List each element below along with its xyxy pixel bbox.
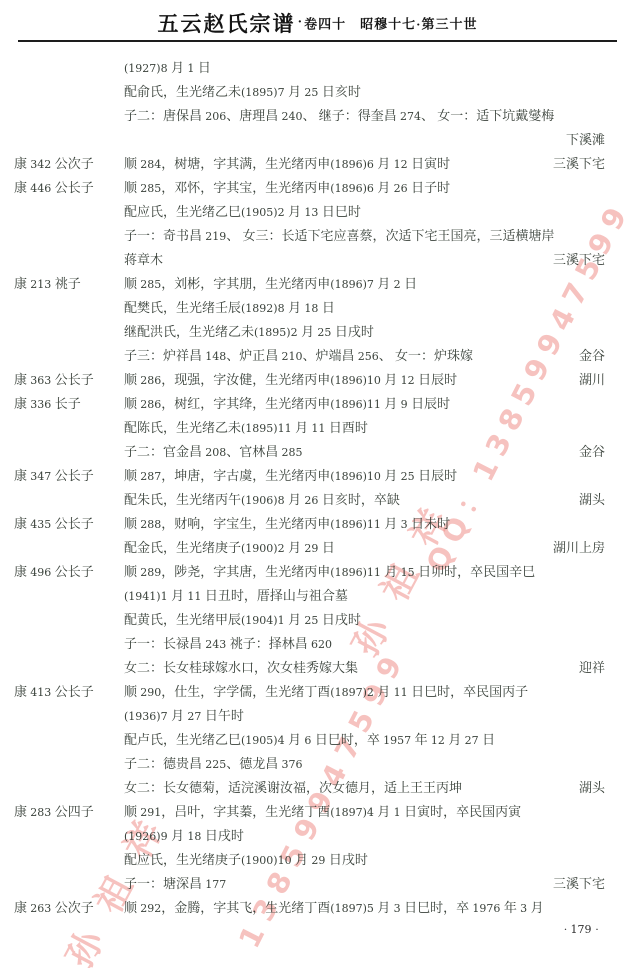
title-separator-dot: · (295, 15, 304, 30)
genealogy-rows: (1927)8 月 1 日配俞氏，生光绪乙未(1895)7 月 25 日亥时子二… (0, 56, 635, 920)
residence-label: 湖川上房 (553, 536, 605, 560)
residence-label: 三溪下宅 (553, 872, 605, 896)
entry-row: 配应氏，生光绪庚子(1900)10 月 29 日戌时 (0, 848, 635, 872)
entry-row: 配俞氏，生光绪乙未(1895)7 月 25 日亥时 (0, 80, 635, 104)
residence-label: 金谷 (579, 344, 605, 368)
entry-text: 配应氏，生光绪乙巳(1905)2 月 13 日巳时 (124, 200, 361, 225)
entry-text: 顺 285，邓怀，字其宝，生光绪丙申(1896)6 月 26 日子时 (124, 176, 450, 201)
entry-row: (1936)7 月 27 日午时 (0, 704, 635, 728)
entry-text: 顺 290，仕生，字学儒，生光绪丁酉(1897)2 月 11 日巳时，卒民国丙子 (124, 680, 528, 705)
entry-label: 康 435 公长子 (14, 512, 94, 537)
entry-text: 顺 292，金腾，字其飞，生光绪丁酉(1897)5 月 3 日巳时，卒 1976… (124, 896, 544, 921)
entry-row: 配金氏，生光绪庚子(1900)2 月 29 日湖川上房 (0, 536, 635, 560)
entry-text: 顺 284，树塘，字其满，生光绪丙申(1896)6 月 12 日寅时 (124, 152, 450, 177)
page-number: · 179 · (564, 922, 600, 937)
entry-text: 配樊氏，生光绪壬辰(1892)8 月 18 日 (124, 296, 335, 321)
entry-text: 女二：长女桂球嫁水口，次女桂秀嫁大集 (124, 656, 358, 680)
entry-text: 子一：塘深昌 177 (124, 872, 226, 897)
residence-label: 下溪滩 (566, 128, 605, 152)
entry-text: 子二：德贵昌 225、德龙昌 376 (124, 752, 303, 777)
residence-label: 迎祥 (579, 656, 605, 680)
entry-text: 顺 286，树红，字其绛，生光绪丙申(1896)11 月 9 日辰时 (124, 392, 450, 417)
entry-row: 康 413 公长子顺 290，仕生，字学儒，生光绪丁酉(1897)2 月 11 … (0, 680, 635, 704)
entry-text: 顺 287，坤唐，字古虞，生光绪丙申(1896)10 月 25 日辰时 (124, 464, 457, 489)
entry-text: 顺 288，财响，字宝生，生光绪丙申(1896)11 月 3 日未时 (124, 512, 450, 537)
entry-row: 康 336 长子顺 286，树红，字其绛，生光绪丙申(1896)11 月 9 日… (0, 392, 635, 416)
entry-label: 康 336 长子 (14, 392, 81, 417)
residence-label: 三溪下宅 (553, 248, 605, 272)
entry-row: 配卢氏，生光绪乙巳(1905)4 月 6 日巳时，卒 1957 年 12 月 2… (0, 728, 635, 752)
entry-row: 子一：长禄昌 243 祧子：择林昌 620 (0, 632, 635, 656)
entry-text: 顺 286，现强，字汝健，生光绪丙申(1896)10 月 12 日辰时 (124, 368, 457, 393)
entry-text: 配卢氏，生光绪乙巳(1905)4 月 6 日巳时，卒 1957 年 12 月 2… (124, 728, 495, 753)
residence-label: 湖头 (579, 488, 605, 512)
entry-row: 继配洪氏，生光绪乙未(1895)2 月 25 日戌时 (0, 320, 635, 344)
entry-text: 配应氏，生光绪庚子(1900)10 月 29 日戌时 (124, 848, 368, 873)
entry-text: 蒋章木 (124, 248, 163, 272)
entry-row: 子二：官金昌 208、官林昌 285金谷 (0, 440, 635, 464)
entry-row: 配朱氏，生光绪丙午(1906)8 月 26 日亥时，卒缺湖头 (0, 488, 635, 512)
entry-text: (1927)8 月 1 日 (124, 56, 211, 81)
entry-text: 子二：唐保昌 206、唐理昌 240、 继子：得奎昌 274、 女一：适下坑戴燮… (124, 104, 554, 129)
entry-row: 子二：德贵昌 225、德龙昌 376 (0, 752, 635, 776)
entry-text: 继配洪氏，生光绪乙未(1895)2 月 25 日戌时 (124, 320, 374, 345)
entry-text: (1936)7 月 27 日午时 (124, 704, 244, 729)
entry-row: 康 496 公长子顺 289，陟尧，字其唐，生光绪丙申(1896)11 月 15… (0, 560, 635, 584)
entry-label: 康 347 公长子 (14, 464, 94, 489)
entry-text: 配朱氏，生光绪丙午(1906)8 月 26 日亥时，卒缺 (124, 488, 400, 513)
entry-row: (1926)9 月 18 日戌时 (0, 824, 635, 848)
entry-text: 配俞氏，生光绪乙未(1895)7 月 25 日亥时 (124, 80, 361, 105)
entry-row: 下溪滩 (0, 128, 635, 152)
entry-row: 配樊氏，生光绪壬辰(1892)8 月 18 日 (0, 296, 635, 320)
entry-row: 子三：炉祥昌 148、炉正昌 210、炉端昌 256、 女一：炉珠嫁金谷 (0, 344, 635, 368)
entry-text: 子一：长禄昌 243 祧子：择林昌 620 (124, 632, 332, 657)
entry-text: 顺 291，吕叶，字其蓁，生光绪丁酉(1897)4 月 1 日寅时，卒民国丙寅 (124, 800, 521, 825)
entry-row: 蒋章木三溪下宅 (0, 248, 635, 272)
entry-row: 康 342 公次子顺 284，树塘，字其满，生光绪丙申(1896)6 月 12 … (0, 152, 635, 176)
entry-row: 子一：塘深昌 177三溪下宅 (0, 872, 635, 896)
entry-row: (1941)1 月 11 日丑时，厝择山与祖合墓 (0, 584, 635, 608)
volume-subtitle: 卷四十 昭穆十七·第三十世 (304, 17, 477, 32)
entry-label: 康 342 公次子 (14, 152, 94, 177)
entry-row: 子一：奇书昌 219、 女三：长适下宅应喜蔡，次适下宅王国亮，三适横塘岸 (0, 224, 635, 248)
entry-row: 康 446 公长子顺 285，邓怀，字其宝，生光绪丙申(1896)6 月 26 … (0, 176, 635, 200)
entry-text: 子三：炉祥昌 148、炉正昌 210、炉端昌 256、 女一：炉珠嫁 (124, 344, 473, 369)
page-header: 五云赵氏宗谱·卷四十 昭穆十七·第三十世 (0, 8, 635, 38)
entry-text: 配金氏，生光绪庚子(1900)2 月 29 日 (124, 536, 335, 561)
entry-row: 康 263 公次子顺 292，金腾，字其飞，生光绪丁酉(1897)5 月 3 日… (0, 896, 635, 920)
residence-label: 三溪下宅 (553, 152, 605, 176)
entry-label: 康 413 公长子 (14, 680, 94, 705)
entry-text: 顺 289，陟尧，字其唐，生光绪丙申(1896)11 月 15 日卯时，卒民国辛… (124, 560, 535, 585)
entry-label: 康 283 公四子 (14, 800, 94, 825)
residence-label: 湖川 (579, 368, 605, 392)
entry-row: 女二：长女桂球嫁水口，次女桂秀嫁大集迎祥 (0, 656, 635, 680)
entry-label: 康 363 公长子 (14, 368, 94, 393)
residence-label: 金谷 (579, 440, 605, 464)
entry-text: 顺 285，刘彬，字其朋，生光绪丙申(1896)7 月 2 日 (124, 272, 417, 297)
entry-row: 子二：唐保昌 206、唐理昌 240、 继子：得奎昌 274、 女一：适下坑戴燮… (0, 104, 635, 128)
entry-row: (1927)8 月 1 日 (0, 56, 635, 80)
entry-text: 配陈氏，生光绪乙未(1895)11 月 11 日酉时 (124, 416, 368, 441)
entry-row: 女二：长女德菊，适浣溪谢汝福，次女德月，适上王王丙坤湖头 (0, 776, 635, 800)
entry-row: 康 435 公长子顺 288，财响，字宝生，生光绪丙申(1896)11 月 3 … (0, 512, 635, 536)
entry-text: 子一：奇书昌 219、 女三：长适下宅应喜蔡，次适下宅王国亮，三适横塘岸 (124, 224, 555, 249)
entry-row: 康 363 公长子顺 286，现强，字汝健，生光绪丙申(1896)10 月 12… (0, 368, 635, 392)
entry-text: 配黄氏，生光绪甲辰(1904)1 月 25 日戌时 (124, 608, 361, 633)
entry-row: 康 213 祧子顺 285，刘彬，字其朋，生光绪丙申(1896)7 月 2 日 (0, 272, 635, 296)
header-rule (18, 40, 617, 42)
entry-label: 康 496 公长子 (14, 560, 94, 585)
entry-text: (1926)9 月 18 日戌时 (124, 824, 244, 849)
entry-text: (1941)1 月 11 日丑时，厝择山与祖合墓 (124, 584, 348, 609)
entry-row: 配应氏，生光绪乙巳(1905)2 月 13 日巳时 (0, 200, 635, 224)
entry-row: 配黄氏，生光绪甲辰(1904)1 月 25 日戌时 (0, 608, 635, 632)
entry-label: 康 263 公次子 (14, 896, 94, 921)
entry-text: 子二：官金昌 208、官林昌 285 (124, 440, 303, 465)
entry-text: 女二：长女德菊，适浣溪谢汝福，次女德月，适上王王丙坤 (124, 776, 462, 800)
entry-row: 康 283 公四子顺 291，吕叶，字其蓁，生光绪丁酉(1897)4 月 1 日… (0, 800, 635, 824)
entry-row: 配陈氏，生光绪乙未(1895)11 月 11 日酉时 (0, 416, 635, 440)
residence-label: 湖头 (579, 776, 605, 800)
entry-label: 康 213 祧子 (14, 272, 81, 297)
book-title: 五云赵氏宗谱 (157, 12, 295, 36)
entry-label: 康 446 公长子 (14, 176, 94, 201)
entry-row: 康 347 公长子顺 287，坤唐，字古虞，生光绪丙申(1896)10 月 25… (0, 464, 635, 488)
genealogy-page: 孙祖祥孙祖祥QQ：1385994759913859947599 五云赵氏宗谱·卷… (0, 0, 635, 968)
